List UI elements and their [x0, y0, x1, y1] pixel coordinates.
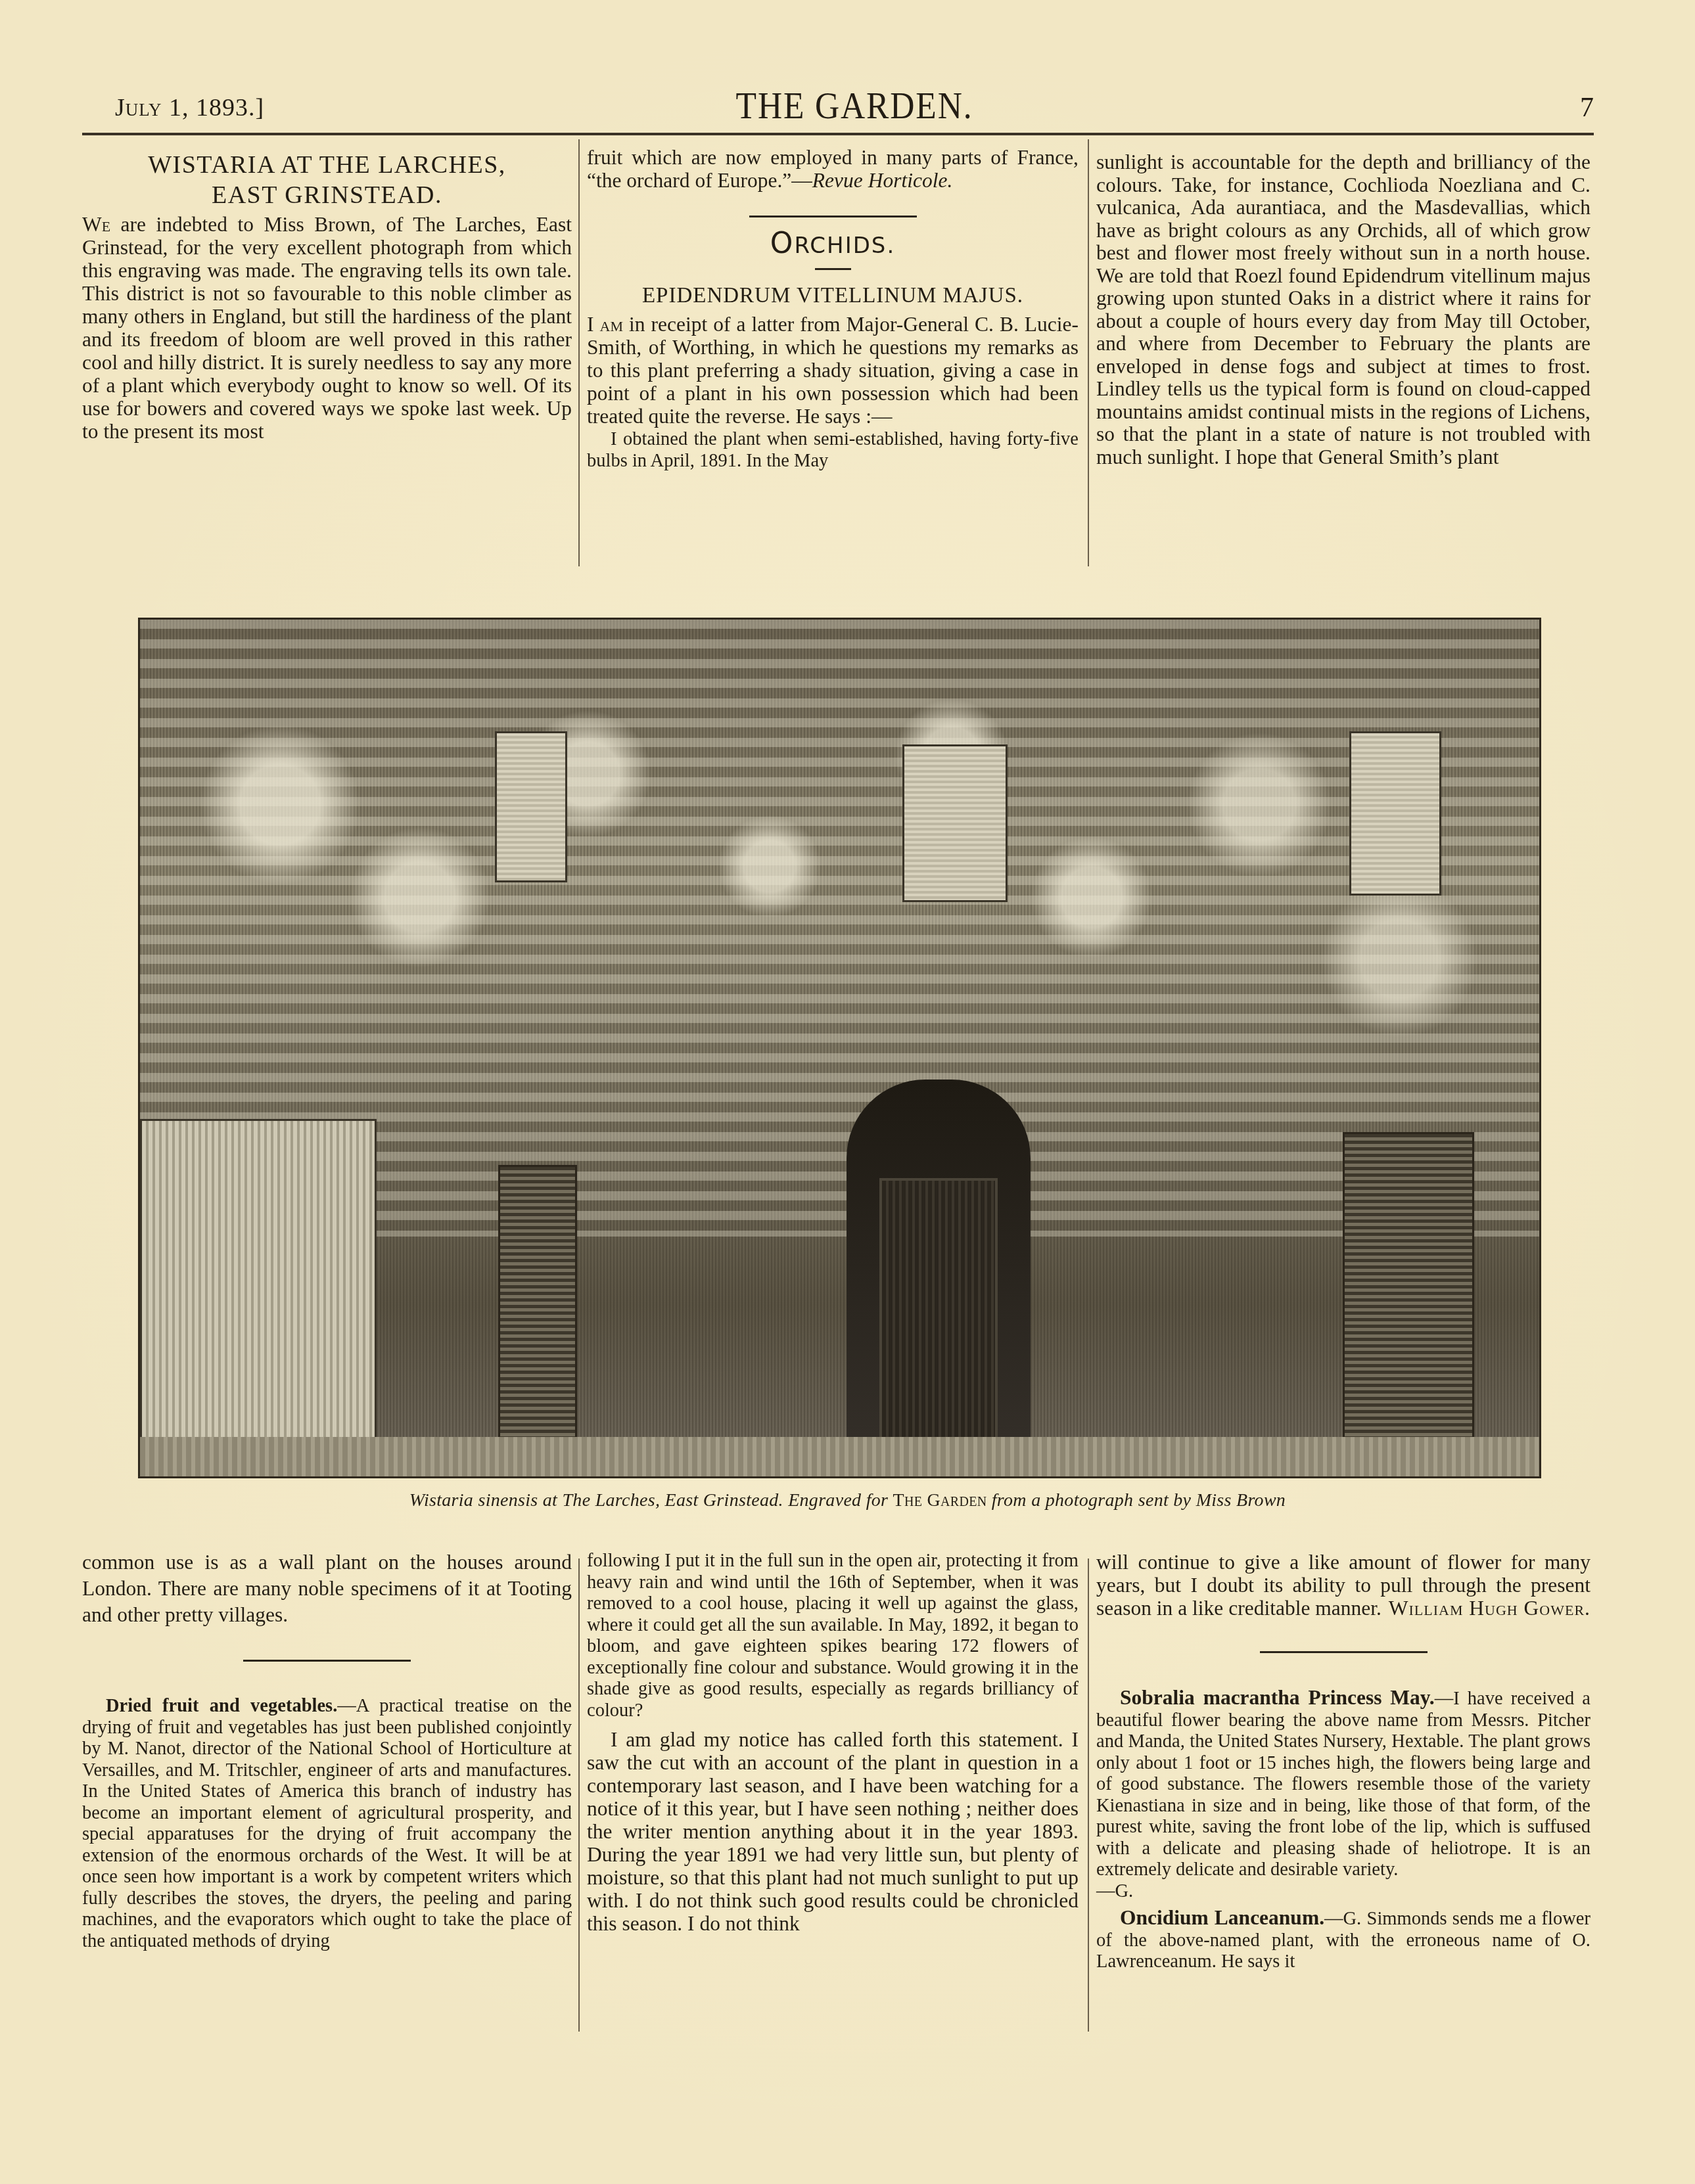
opening-word: I am: [587, 313, 623, 336]
continued-text: fruit which are now employed in many par…: [587, 146, 1079, 192]
note-title: Oncidium Lanceanum.: [1120, 1906, 1324, 1929]
note-dried-fruit: Dried fruit and vegetables.—A practical …: [82, 1696, 572, 1952]
column-divider: [578, 139, 580, 566]
editor-reply: I am glad my notice has called forth thi…: [587, 1728, 1079, 1935]
caption-text: from a photograph sent by Miss Brown: [987, 1490, 1286, 1511]
article-wistaria: WISTARIA AT THE LARCHES, EAST GRINSTEAD.…: [82, 150, 572, 443]
note-signoff: —G.: [1096, 1881, 1591, 1903]
column-orchid-notes: will continue to give a like amount of f…: [1096, 1551, 1591, 1973]
article-body: We are indebted to Miss Brown, of The La…: [82, 213, 572, 443]
article-intro-text: in receipt of a latter from Major-Genera…: [587, 313, 1079, 428]
note-oncidium: Oncidium Lanceanum.—G. Simmonds sends me…: [1096, 1907, 1591, 1973]
carved-door: [879, 1178, 998, 1454]
quoted-letter: I obtained the plant when semi-establish…: [587, 429, 1079, 472]
figure-caption: Wistaria sinensis at The Larches, East G…: [0, 1490, 1695, 1511]
article-wistaria-end: common use is as a wall plant on the hou…: [82, 1549, 572, 1952]
caption-text: Wistaria sinensis at The Larches, East G…: [409, 1490, 893, 1511]
article-intro: I am in receipt of a latter from Major-G…: [587, 313, 1079, 428]
header-rule: [82, 133, 1594, 135]
shutter-right: [1343, 1132, 1474, 1447]
article-text: are indebted to Miss Brown, of The Larch…: [82, 213, 572, 443]
note-sobralia: Sobralia macrantha Princess May.—I have …: [1096, 1687, 1591, 1881]
column-orchids: fruit which are now employed in many par…: [587, 146, 1079, 472]
upper-window-right: [1349, 731, 1441, 896]
section-title-rest: RCHIDS.: [794, 233, 895, 259]
bay-window: [140, 1119, 377, 1461]
source-citation: Revue Horticole.: [812, 169, 952, 192]
note-title: Dried fruit and vegetables.: [106, 1696, 337, 1716]
note-title: Sobralia macrantha Princess May.: [1120, 1686, 1435, 1709]
upper-window-centre: [902, 744, 1008, 902]
newspaper-page: July 1, 1893.] THE GARDEN. 7 WISTARIA AT…: [0, 0, 1695, 2184]
upper-window-left: [495, 731, 567, 882]
column-divider: [1088, 1558, 1089, 2032]
article-title: WISTARIA AT THE LARCHES, EAST GRINSTEAD.: [82, 150, 572, 210]
article-text: sunlight is accountable for the depth an…: [1096, 151, 1591, 468]
section-rule: [243, 1660, 411, 1662]
pavement: [140, 1437, 1539, 1476]
section-rule: [749, 216, 917, 217]
section-rule: [1260, 1651, 1428, 1653]
quoted-letter: following I put it in the full sun in th…: [587, 1551, 1079, 1721]
article-title-line: WISTARIA AT THE LARCHES,: [82, 150, 572, 180]
publication-title: THE GARDEN.: [174, 85, 1535, 127]
running-header: July 1, 1893.] THE GARDEN. 7: [115, 85, 1594, 131]
note-text: —I have received a beautiful flower bear…: [1096, 1689, 1591, 1880]
section-subrule: [815, 268, 851, 270]
shutter-left: [498, 1165, 577, 1441]
column-divider: [1088, 139, 1089, 566]
column-divider: [578, 1558, 580, 2032]
column-epidendrum-continued: following I put it in the full sun in th…: [587, 1551, 1079, 1935]
article-title-line: EAST GRINSTEAD.: [82, 180, 572, 210]
note-text: —A practical treatise on the drying of f…: [82, 1696, 572, 1951]
page-number: 7: [1580, 92, 1594, 124]
article-text: common use is as a wall plant on the hou…: [82, 1549, 572, 1628]
section-title-orchids: ORCHIDS.: [587, 232, 1079, 258]
opening-word: We: [82, 213, 110, 236]
article-subtitle: EPIDENDRUM VITELLINUM MAJUS.: [587, 284, 1079, 307]
column-orchids-continued: sunlight is accountable for the depth an…: [1096, 151, 1591, 468]
caption-publication: The Garden: [893, 1490, 987, 1511]
section-title-initial: O: [770, 227, 795, 260]
wistaria-engraving: [138, 618, 1541, 1478]
